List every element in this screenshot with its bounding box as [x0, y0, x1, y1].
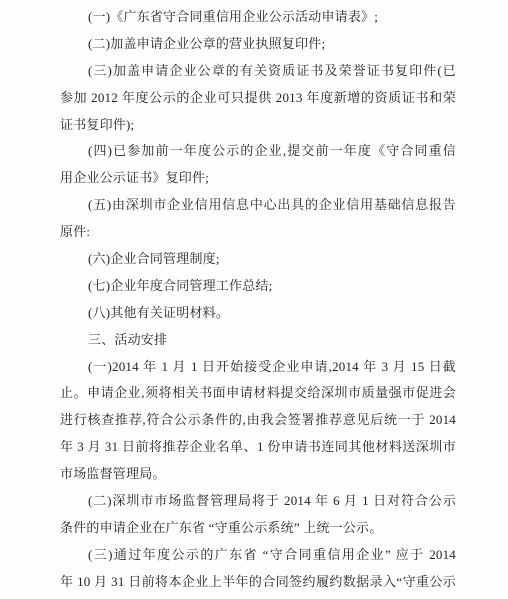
text-line: (五)由深圳市企业信用信息中心出具的企业信用基础信息报告 — [60, 192, 456, 219]
text-line: 止。申请企业,须将相关书面申请材料提交给深圳市质量强市促进会 — [60, 380, 456, 407]
text-line: (八)其他有关证明材料。 — [60, 300, 456, 327]
text-line: 条件的申请企业在广东省 “守重公示系统” 上统一公示。 — [60, 515, 456, 542]
text-line: (七)企业年度合同管理工作总结; — [60, 273, 456, 300]
text-line: 原件: — [60, 219, 456, 246]
text-line: 进行核查推荐,符合公示条件的,由我会签署推荐意见后统一于 2014 — [60, 407, 456, 434]
text-line: (一)《广东省守合同重信用企业公示活动申请表》; — [60, 4, 456, 31]
text-line: (一)2014 年 1 月 1 日开始接受企业申请,2014 年 3 月 15 … — [60, 354, 456, 381]
text-line: 证书复印件); — [60, 112, 456, 139]
text-line: (二)加盖申请企业公章的营业执照复印件; — [60, 31, 456, 58]
document-body: (一)《广东省守合同重信用企业公示活动申请表》;(二)加盖申请企业公章的营业执照… — [60, 4, 456, 596]
text-line: 年 3 月 31 日前将推荐企业名单、1 份申请书连同其他材料送深圳市 — [60, 434, 456, 461]
text-line: (三)通过年度公示的广东省 “守合同重信用企业” 应于 2014 — [60, 542, 456, 569]
text-line: (四)已参加前一年度公示的企业,提交前一年度《守合同重信 — [60, 138, 456, 165]
text-line: 年 10 月 31 日前将本企业上半年的合同签约履约数据录入“守重公示 — [60, 569, 456, 596]
text-line: 市场监督管理局。 — [60, 461, 456, 488]
text-line: 三、活动安排 — [60, 327, 456, 354]
text-line: 参加 2012 年度公示的企业可只提供 2013 年度新增的资质证书和荣誉 — [60, 85, 456, 112]
text-line: (二)深圳市市场监督管理局将于 2014 年 6 月 1 日对符合公示 — [60, 488, 456, 515]
text-line: (六)企业合同管理制度; — [60, 246, 456, 273]
document-page: (一)《广东省守合同重信用企业公示活动申请表》;(二)加盖申请企业公章的营业执照… — [0, 0, 508, 599]
text-line: 用企业公示证书》复印件; — [60, 165, 456, 192]
text-line: (三)加盖申请企业公章的有关资质证书及荣誉证书复印件(已 — [60, 58, 456, 85]
